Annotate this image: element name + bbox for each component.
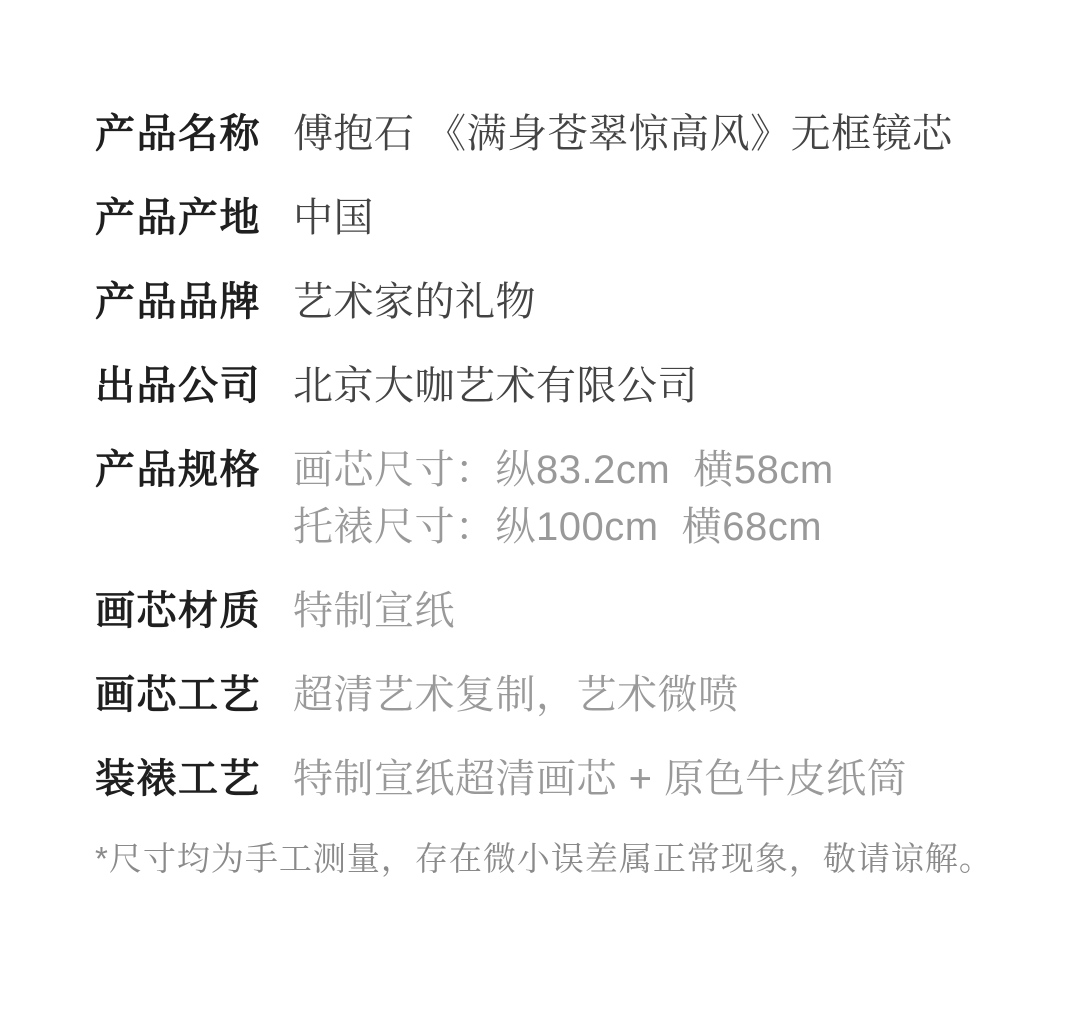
spec-row-product-name: 产品名称 傅抱石 《满身苍翠惊高风》无框镜芯 xyxy=(95,106,1020,163)
spec-row-dimensions: 产品规格 画芯尺寸：纵83.2cm 横58cm 托裱尺寸：纵100cm 横68c… xyxy=(95,442,1020,556)
spec-value-mounting: 特制宣纸超清画芯 + 原色牛皮纸筒 xyxy=(293,751,907,808)
measurement-disclaimer: *尺寸均为手工测量，存在微小误差属正常现象，敬请谅解。 xyxy=(95,835,1020,883)
spec-row-material: 画芯材质 特制宣纸 xyxy=(95,583,1020,640)
spec-row-print-process: 画芯工艺 超清艺术复制，艺术微喷 xyxy=(95,667,1020,724)
spec-value-dimensions: 画芯尺寸：纵83.2cm 横58cm 托裱尺寸：纵100cm 横68cm xyxy=(293,442,834,556)
spec-label-material: 画芯材质 xyxy=(95,583,262,640)
spec-label-dimensions: 产品规格 xyxy=(95,442,262,499)
spec-label-brand: 产品品牌 xyxy=(95,274,262,331)
spec-label-origin: 产品产地 xyxy=(95,190,262,247)
spec-row-brand: 产品品牌 艺术家的礼物 xyxy=(95,274,1020,331)
spec-label-product-name: 产品名称 xyxy=(95,106,262,163)
spec-label-mounting: 装裱工艺 xyxy=(95,751,262,808)
spec-value-company: 北京大咖艺术有限公司 xyxy=(293,358,698,415)
spec-value-origin: 中国 xyxy=(293,190,374,247)
spec-row-mounting: 装裱工艺 特制宣纸超清画芯 + 原色牛皮纸筒 xyxy=(95,751,1020,808)
spec-value-brand: 艺术家的礼物 xyxy=(293,274,536,331)
spec-label-print-process: 画芯工艺 xyxy=(95,667,262,724)
product-spec-sheet: 产品名称 傅抱石 《满身苍翠惊高风》无框镜芯 产品产地 中国 产品品牌 艺术家的… xyxy=(0,0,1080,1017)
spec-row-origin: 产品产地 中国 xyxy=(95,190,1020,247)
spec-value-product-name: 傅抱石 《满身苍翠惊高风》无框镜芯 xyxy=(293,106,953,163)
spec-value-print-process: 超清艺术复制，艺术微喷 xyxy=(293,667,739,724)
spec-row-company: 出品公司 北京大咖艺术有限公司 xyxy=(95,358,1020,415)
spec-label-company: 出品公司 xyxy=(95,358,262,415)
spec-value-material: 特制宣纸 xyxy=(293,583,455,640)
